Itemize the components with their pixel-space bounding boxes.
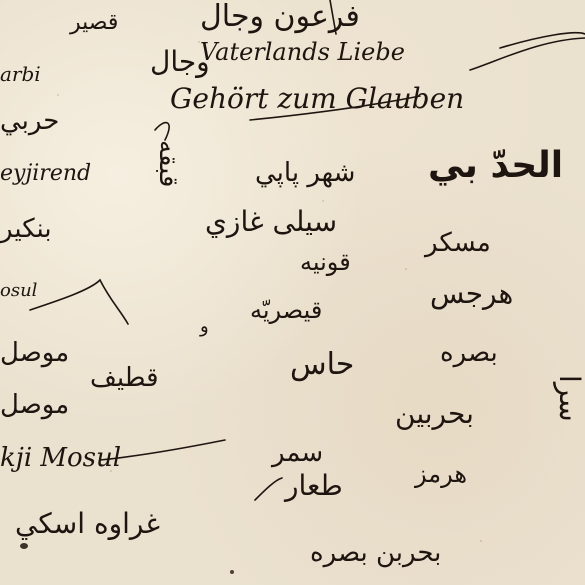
arabic-right-1: مسكر xyxy=(425,230,491,256)
arabic-left-2: بنكير xyxy=(0,216,52,242)
arabic-mid-4: هرمز xyxy=(415,462,467,486)
german-line-2: Gehört zum Glauben xyxy=(170,85,464,113)
arabic-top-left-1: قصير xyxy=(70,12,118,34)
arabic-mid-5: طعار xyxy=(285,472,343,500)
arabic-center-title: الحدّ بي xyxy=(428,148,563,184)
arabic-center-3: قونيه xyxy=(300,250,351,274)
paper-speck xyxy=(322,200,324,202)
german-line-1: Vaterlands Liebe xyxy=(200,40,405,64)
german-left-fragment-1: arbi xyxy=(0,64,41,84)
arabic-center-4: قيصريّه xyxy=(250,298,322,322)
german-left-fragment-2: eyjirend xyxy=(0,163,91,185)
arabic-mid-2: بحربين xyxy=(395,400,474,428)
arabic-conjunction: و xyxy=(200,318,209,336)
german-left-fragment-3: osul xyxy=(0,282,37,300)
arabic-left-3: موصل xyxy=(0,340,69,366)
arabic-right-2: هرجس xyxy=(430,280,513,308)
arabic-bottom-1: غراوه اسكي xyxy=(15,510,160,538)
arabic-vertical-left: قبقه xyxy=(155,140,181,187)
arabic-center-1: شهر پاپي xyxy=(255,160,355,186)
arabic-left-1: حربي xyxy=(0,108,59,134)
arabic-bottom-2: بحربن بصره xyxy=(310,540,441,566)
ink-blot xyxy=(20,543,28,549)
arabic-center-2: سيلى غازي xyxy=(205,208,337,236)
arabic-right-vertical: سرا xyxy=(555,375,583,422)
paper-speck xyxy=(405,268,407,270)
paper-speck xyxy=(57,94,59,96)
arabic-top-center: فرعون وجال xyxy=(200,2,360,32)
arabic-right-3: بصره xyxy=(440,340,498,366)
ink-blot xyxy=(230,570,234,574)
arabic-left-4: موصل xyxy=(0,392,69,418)
arabic-center-5: قطيف xyxy=(90,365,159,391)
arabic-mid-3: سمر xyxy=(272,440,323,466)
arabic-mid-1: حاس xyxy=(290,350,354,380)
paper-speck xyxy=(480,540,482,542)
german-left-fragment-4: kji Mosul xyxy=(0,445,121,471)
